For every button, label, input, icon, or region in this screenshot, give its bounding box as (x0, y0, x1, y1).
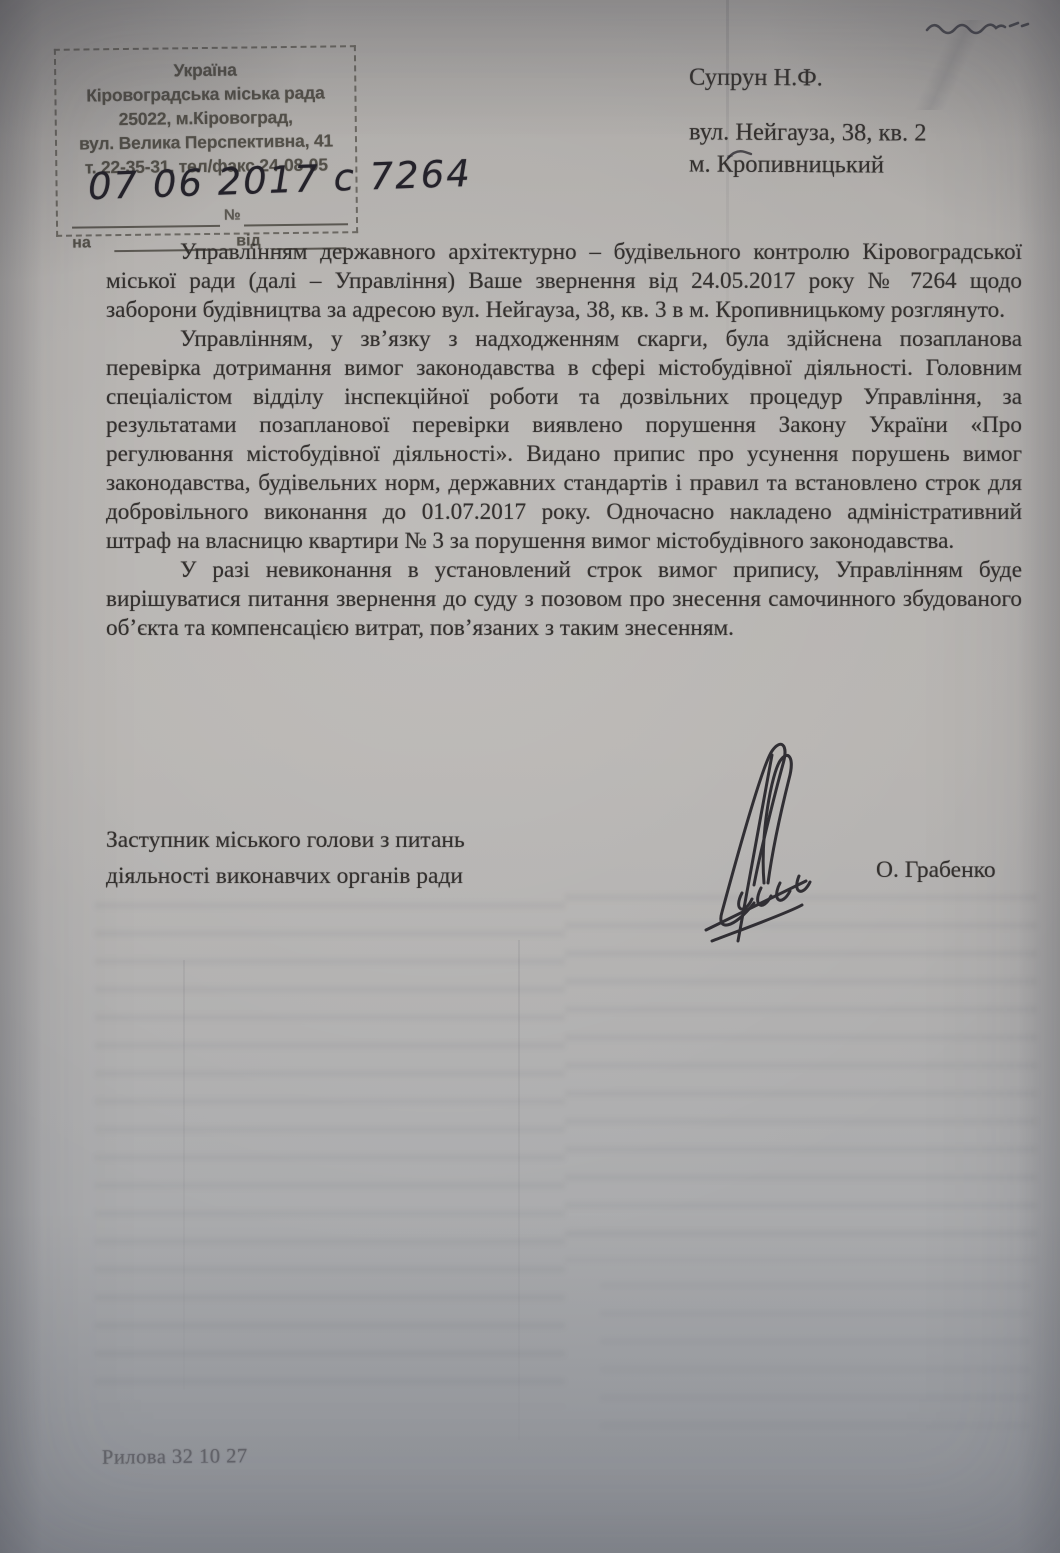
sender-stamp: Україна Кіровоградська міська рада 25022… (54, 45, 358, 237)
na-label: на (72, 234, 91, 251)
paper-crease (183, 960, 185, 1390)
paragraph-3: У разі невиконання в установлений строк … (106, 556, 1022, 643)
paragraph-2: Управлінням, у зв’язку з надходженням ск… (106, 325, 1022, 556)
recipient-address-street: вул. Нейгауза, 38, кв. 2 (689, 118, 927, 147)
stamp-org: Кіровоградська міська рада (56, 80, 354, 108)
executor-note: Рилова 32 10 27 (102, 1445, 248, 1470)
paragraph-1: Управлінням державного архітектурно – бу… (106, 238, 1022, 325)
bleed-through-text-lower (600, 1272, 1030, 1437)
paper-crease (518, 940, 520, 1440)
letter-body: Управлінням державного архітектурно – бу… (106, 238, 1022, 643)
signer-title-line2: діяльності виконавчих органів ради (106, 863, 463, 890)
scanned-letter-page: Україна Кіровоградська міська рада 25022… (0, 0, 1060, 1553)
signer-title-line1: Заступник міського голови з питань (106, 827, 465, 854)
bleed-through-text-left (95, 892, 565, 1407)
recipient-address-city: м. Кропивницький (689, 150, 884, 179)
numero-sign: № (224, 207, 241, 224)
pen-squiggle-icon (923, 10, 1035, 42)
stamp-street: вул. Велика Перспективна, 41 (57, 128, 355, 156)
signature (676, 733, 836, 948)
signer-name: О. Грабенко (876, 857, 996, 884)
stamp-postal: 25022, м.Кіровоград, (57, 104, 355, 132)
recipient-name: Супрун Н.Ф. (689, 64, 823, 93)
stamp-country: Україна (56, 56, 354, 84)
pen-tick-icon (726, 146, 754, 162)
